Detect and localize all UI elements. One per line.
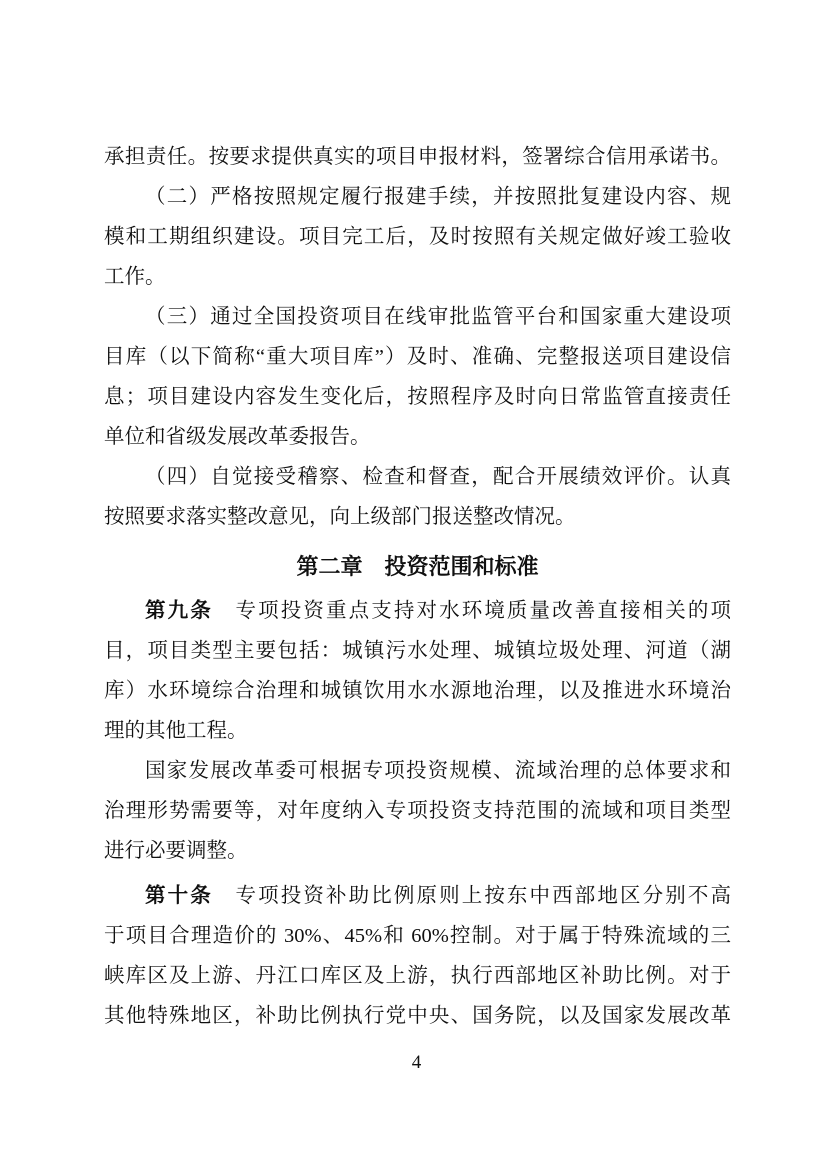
text-line: 模和工期组织建设。项目完工后，及时按照有关规定做好竣工验收 <box>104 217 731 257</box>
text-line: 息；项目建设内容发生变化后，按照程序及时向日常监管直接责任 <box>104 377 731 417</box>
text-line: 国家发展改革委可根据专项投资规模、流域治理的总体要求和 <box>104 751 731 791</box>
chapter-heading: 第二章 投资范围和标准 <box>104 543 731 591</box>
document-page: 承担责任。按要求提供真实的项目申报材料，签署综合信用承诺书。 （二）严格按照规定… <box>0 0 833 1175</box>
article-text: 专项投资重点支持对水环境质量改善直接相关的项 <box>213 600 731 622</box>
text-line: 承担责任。按要求提供真实的项目申报材料，签署综合信用承诺书。 <box>104 137 731 177</box>
page-number: 4 <box>0 1045 833 1081</box>
text-line: 进行必要调整。 <box>104 831 731 871</box>
article-text: 专项投资补助比例原则上按东中西部地区分别不高 <box>213 885 731 907</box>
text-line: 单位和省级发展改革委报告。 <box>104 417 731 457</box>
text-line: 目库（以下简称“重大项目库”）及时、准确、完整报送项目建设信 <box>104 337 731 377</box>
text-line: 按照要求落实整改意见，向上级部门报送整改情况。 <box>104 497 731 537</box>
text-line: 于项目合理造价的 30%、45%和 60%控制。对于属于特殊流域的三 <box>104 916 731 956</box>
text-line: 第九条 专项投资重点支持对水环境质量改善直接相关的项 <box>104 591 731 631</box>
text-line: 工作。 <box>104 257 731 297</box>
text-line: 其他特殊地区，补助比例执行党中央、国务院，以及国家发展改革 <box>104 996 731 1036</box>
article-number: 第十条 <box>145 885 213 907</box>
text-line: （三）通过全国投资项目在线审批监管平台和国家重大建设项 <box>104 297 731 337</box>
text-line: 目，项目类型主要包括：城镇污水处理、城镇垃圾处理、河道（湖 <box>104 631 731 671</box>
text-line: （四）自觉接受稽察、检查和督查，配合开展绩效评价。认真 <box>104 457 731 497</box>
text-line: （二）严格按照规定履行报建手续，并按照批复建设内容、规 <box>104 177 731 217</box>
document-body: 承担责任。按要求提供真实的项目申报材料，签署综合信用承诺书。 （二）严格按照规定… <box>104 137 731 1036</box>
article-number: 第九条 <box>145 600 213 622</box>
text-line: 峡库区及上游、丹江口库区及上游，执行西部地区补助比例。对于 <box>104 956 731 996</box>
text-line: 第十条 专项投资补助比例原则上按东中西部地区分别不高 <box>104 876 731 916</box>
text-line: 库）水环境综合治理和城镇饮用水水源地治理，以及推进水环境治 <box>104 671 731 711</box>
text-line: 治理形势需要等，对年度纳入专项投资支持范围的流域和项目类型 <box>104 791 731 831</box>
text-line: 理的其他工程。 <box>104 711 731 751</box>
